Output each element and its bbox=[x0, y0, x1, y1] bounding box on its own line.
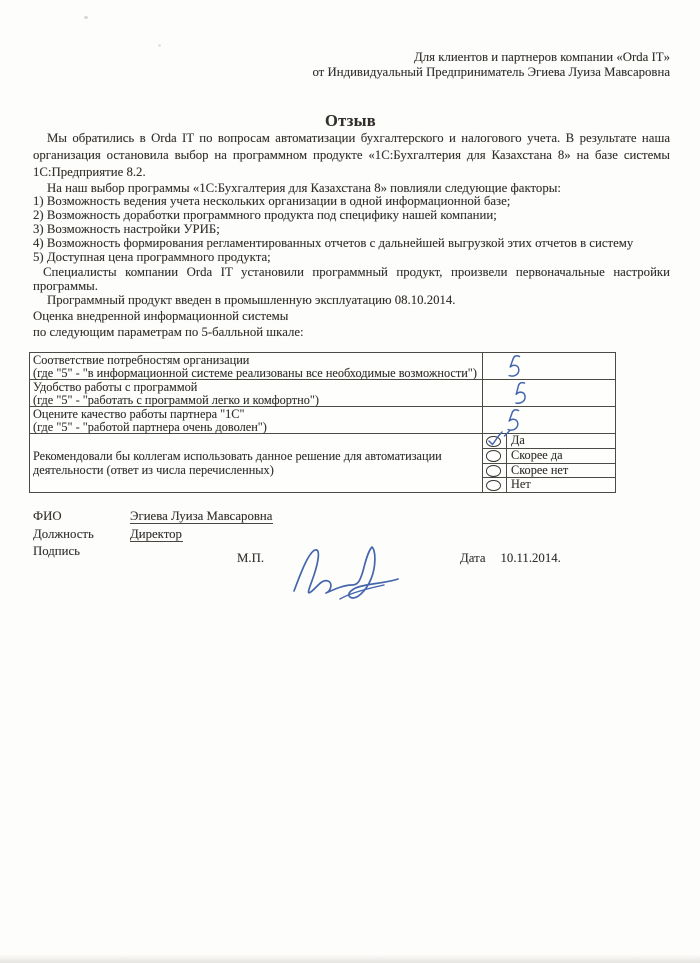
recipient-line-2: от Индивидуальный Предприниматель Эгиева… bbox=[312, 65, 670, 80]
position-label: Должность bbox=[33, 527, 130, 542]
criterion-text: Оцените качество работы партнера "1С" bbox=[33, 408, 478, 421]
factor-item: 4) Возможность формирования регламентиро… bbox=[33, 237, 670, 251]
scan-speckle bbox=[158, 44, 161, 47]
page-title: Отзыв bbox=[33, 111, 668, 131]
fio-value: Эгиева Луиза Мавсаровна bbox=[130, 509, 273, 524]
rating-intro-line-1: Оценка внедренной информационной системы bbox=[33, 309, 304, 325]
position-row: ДолжностьДиректор bbox=[33, 527, 273, 542]
paragraph-launch: Программный продукт введен в промышленну… bbox=[33, 293, 670, 307]
recommend-options: Да Скорее да bbox=[482, 434, 615, 492]
recommend-question-cell: Рекомендовали бы коллегам использовать д… bbox=[30, 434, 482, 492]
handwritten-score-5-icon bbox=[505, 354, 523, 380]
table-row-recommend: Рекомендовали бы коллегам использовать д… bbox=[30, 434, 615, 492]
handwritten-score-5-icon bbox=[503, 407, 523, 437]
table-row: Удобство работы с программой (где "5" - … bbox=[30, 380, 615, 407]
fio-row: ФИОЭгиева Луиза Мавсаровна bbox=[33, 509, 273, 524]
date-row: Дата10.11.2014. bbox=[460, 551, 561, 566]
option-bubble bbox=[483, 464, 506, 478]
date-value: 10.11.2014. bbox=[501, 551, 561, 565]
option-bubble bbox=[483, 449, 506, 463]
handwritten-signature bbox=[288, 541, 408, 605]
handwritten-score-5-icon bbox=[510, 380, 530, 407]
position-value: Директор bbox=[130, 527, 183, 542]
criterion-text: Соответствие потребностям организации bbox=[33, 354, 478, 367]
criterion-hint: (где "5" - "работать с программой легко … bbox=[33, 394, 478, 407]
scan-speckle bbox=[84, 16, 88, 19]
signature-label: Подпись bbox=[33, 544, 130, 559]
factors-list: 1) Возможность ведения учета нескольких … bbox=[33, 195, 670, 265]
answer-oval-icon bbox=[486, 450, 501, 462]
paragraph-install: Специалисты компании Orda IT установили … bbox=[33, 265, 670, 293]
criterion-hint: (где "5" - "работой партнера очень довол… bbox=[33, 421, 478, 434]
recipient-line-1: Для клиентов и партнеров компании «Orda … bbox=[312, 50, 670, 65]
factor-item: 3) Возможность настройки УРИБ; bbox=[33, 223, 670, 237]
rating-intro: Оценка внедренной информационной системы… bbox=[33, 309, 304, 340]
date-label: Дата bbox=[460, 551, 486, 565]
factor-item: 5) Доступная цена программного продукта; bbox=[33, 251, 670, 265]
paragraph-factors-intro: На наш выбор программы «1С:Бухгалтерия д… bbox=[33, 181, 670, 195]
stamp-place-label: М.П. bbox=[237, 551, 264, 566]
option-label: Скорее да bbox=[506, 449, 615, 463]
option-row: Скорее нет bbox=[483, 464, 615, 479]
document-body: Мы обратились в Orda IT по вопросам авто… bbox=[33, 130, 670, 307]
criterion-text: Удобство работы с программой bbox=[33, 381, 478, 394]
answer-oval-icon bbox=[486, 480, 501, 492]
table-row: Соответствие потребностям организации (г… bbox=[30, 353, 615, 380]
factor-item: 2) Возможность доработки программного пр… bbox=[33, 209, 670, 223]
option-label: Скорее нет bbox=[506, 464, 615, 478]
criterion-hint: (где "5" - "в информационной системе реа… bbox=[33, 367, 478, 380]
recommend-question: Рекомендовали бы коллегам использовать д… bbox=[33, 450, 478, 477]
option-bubble bbox=[483, 478, 506, 492]
score-cell bbox=[482, 380, 615, 406]
option-row: Нет bbox=[483, 478, 615, 492]
table-row: Оцените качество работы партнера "1С" (г… bbox=[30, 407, 615, 434]
check-mark-icon bbox=[485, 430, 505, 448]
scanned-review-document: Для клиентов и партнеров компании «Orda … bbox=[0, 0, 700, 963]
option-row: Скорее да bbox=[483, 449, 615, 464]
recipient-block: Для клиентов и партнеров компании «Orda … bbox=[312, 50, 670, 81]
criterion-cell: Оцените качество работы партнера "1С" (г… bbox=[30, 407, 482, 433]
option-bubble bbox=[483, 434, 506, 448]
rating-table: Соответствие потребностям организации (г… bbox=[29, 352, 616, 493]
factor-item: 1) Возможность ведения учета нескольких … bbox=[33, 195, 670, 209]
scan-edge-shadow bbox=[0, 954, 700, 963]
criterion-cell: Удобство работы с программой (где "5" - … bbox=[30, 380, 482, 406]
answer-oval-icon bbox=[486, 465, 501, 477]
criterion-cell: Соответствие потребностям организации (г… bbox=[30, 353, 482, 379]
score-cell bbox=[482, 353, 615, 379]
rating-intro-line-2: по следующим параметрам по 5-балльной шк… bbox=[33, 325, 304, 341]
fio-label: ФИО bbox=[33, 509, 130, 524]
paragraph-choice: Мы обратились в Orda IT по вопросам авто… bbox=[33, 130, 670, 181]
option-label: Нет bbox=[506, 478, 615, 492]
option-row: Да bbox=[483, 434, 615, 449]
